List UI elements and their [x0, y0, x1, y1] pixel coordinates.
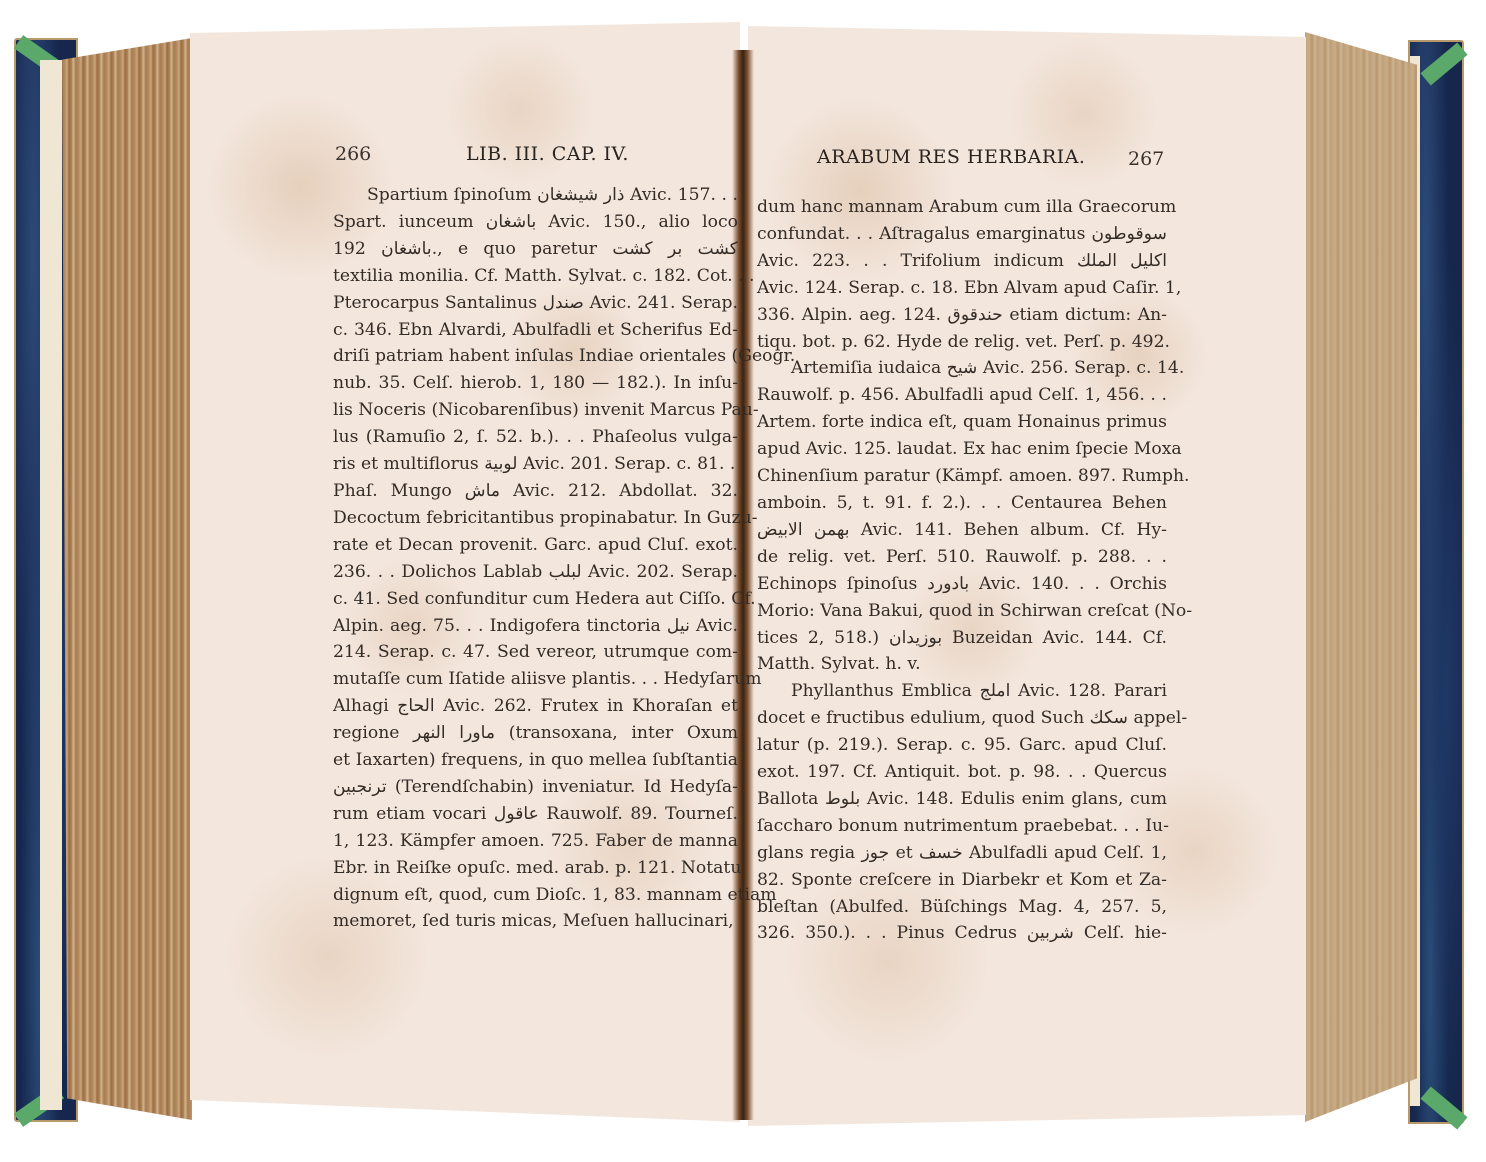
text-line: dum hanc mannam Arabum cum illa Graecoru… — [757, 194, 1167, 221]
text-line: Avic. 223. . . Trifolium indicum اكليل ا… — [757, 248, 1167, 275]
text-line: 82. Sponte creſcere in Diarbekr et Kom e… — [757, 867, 1167, 894]
text-line: Matth. Sylvat. h. v. — [757, 651, 1167, 678]
right-page-body: dum hanc mannam Arabum cum illa Graecoru… — [757, 194, 1167, 947]
text-line: Echinops ſpinoſus بادورد Avic. 140. . . … — [757, 571, 1167, 598]
text-line: Alpin. aeg. 75. . . Indigofera tinctoria… — [333, 613, 738, 640]
right-page-number: 267 — [1128, 148, 1164, 170]
text-line: rum etiam vocari عاقول Rauwolf. 89. Tour… — [333, 801, 738, 828]
text-line: amboin. 5, t. 91. f. 2.). . . Centaurea … — [757, 490, 1167, 517]
text-line: dignum eſt, quod, cum Dioſc. 1, 83. mann… — [333, 882, 738, 909]
text-line: Ebr. in Reiſke opuſc. med. arab. p. 121.… — [333, 855, 738, 882]
text-line: memoret, ſed turis micas, Meſuen halluci… — [333, 908, 738, 935]
text-line: bleſtan (Abulfed. Büſchings Mag. 4, 257.… — [757, 894, 1167, 921]
text-line: et Iaxarten) frequens, in quo mellea ſub… — [333, 747, 738, 774]
text-line: Ballota بلوط Avic. 148. Edulis enim glan… — [757, 786, 1167, 813]
text-line: latur (p. 219.). Serap. c. 95. Garc. apu… — [757, 732, 1167, 759]
text-line: de relig. vet. Perſ. 510. Rauwolf. p. 28… — [757, 544, 1167, 571]
text-line: 214. Serap. c. 47. Sed vereor, utrumque … — [333, 639, 738, 666]
text-line: docet e fructibus edulium, quod Such سكك… — [757, 705, 1167, 732]
text-line: 336. Alpin. aeg. 124. حندقوق etiam dictu… — [757, 302, 1167, 329]
text-line: tiqu. bot. p. 62. Hyde de relig. vet. Pe… — [757, 329, 1167, 356]
text-line: 1, 123. Kämpfer amoen. 725. Faber de man… — [333, 828, 738, 855]
right-page-block-edge — [1305, 32, 1417, 1122]
text-line: Artem. forte indica eſt, quam Honainus p… — [757, 409, 1167, 436]
text-line: 326. 350.). . . Pinus Cedrus شربين Celſ.… — [757, 920, 1167, 947]
left-page-body: Spartium ſpinoſum ذار شيشغان Avic. 157. … — [333, 182, 738, 935]
text-line: apud Avic. 125. laudat. Ex hac enim ſpec… — [757, 436, 1167, 463]
text-line: glans regia جوز et خسف Abulfadli apud Ce… — [757, 840, 1167, 867]
text-line: باشغان 192., e quo paretur كشت بر كشت — [333, 236, 738, 263]
text-line: mutaſſe cum Iſatide aliisve plantis. . .… — [333, 666, 738, 693]
text-line: exot. 197. Cf. Antiquit. bot. p. 98. . .… — [757, 759, 1167, 786]
text-line: Spartium ſpinoſum ذار شيشغان Avic. 157. … — [333, 182, 738, 209]
text-line: Avic. 124. Serap. c. 18. Ebn Alvam apud … — [757, 275, 1167, 302]
text-line: ris et multiflorus لوبية Avic. 201. Sera… — [333, 451, 738, 478]
text-line: driſi patriam habent inſulas Indiae orie… — [333, 343, 738, 370]
text-line: Pterocarpus Santalinus صندل Avic. 241. S… — [333, 290, 738, 317]
text-line: Rauwolf. p. 456. Abulfadli apud Celſ. 1,… — [757, 382, 1167, 409]
text-line: بهمن الابيض Avic. 141. Behen album. Cf. … — [757, 517, 1167, 544]
text-line: 236. . . Dolichos Lablab لبلب Avic. 202.… — [333, 559, 738, 586]
text-line: Phyllanthus Emblica املج Avic. 128. Para… — [757, 678, 1167, 705]
left-flyleaf — [40, 60, 62, 1110]
text-line: ſaccharo bonum nutrimentum praebebat. . … — [757, 813, 1167, 840]
text-line: ترنجبين (Terendſchabin) inveniatur. Id H… — [333, 774, 738, 801]
text-line: lus (Ramuſio 2, ſ. 52. b.). . . Phaſeolu… — [333, 424, 738, 451]
text-line: Chinenſium paratur (Kämpf. amoen. 897. R… — [757, 463, 1167, 490]
right-running-head: ARABUM RES HERBARIA. — [817, 146, 1085, 168]
text-line: tices 2, 518.) بوزيدان Buzeidan Avic. 14… — [757, 625, 1167, 652]
left-running-head: LIB. III. CAP. IV. — [466, 143, 629, 165]
left-page-number: 266 — [335, 143, 371, 165]
text-line: regione ماورا النهر (transoxana, inter O… — [333, 720, 738, 747]
text-line: rate et Decan provenit. Garc. apud Cluſ.… — [333, 532, 738, 559]
text-line: Phaſ. Mungo ماش Avic. 212. Abdollat. 32. — [333, 478, 738, 505]
text-line: Artemiſia iudaica شيح Avic. 256. Serap. … — [757, 355, 1167, 382]
text-line: Alhagi الحاج Avic. 262. Frutex in Khoraſ… — [333, 693, 738, 720]
text-line: Spart. iunceum باشغان Avic. 150., alio l… — [333, 209, 738, 236]
text-line: c. 41. Sed confunditur cum Hedera aut Ci… — [333, 586, 738, 613]
text-line: confundat. . . Aſtragalus emarginatus سو… — [757, 221, 1167, 248]
text-line: c. 346. Ebn Alvardi, Abulfadli et Scheri… — [333, 317, 738, 344]
text-line: Morio: Vana Bakui, quod in Schirwan creſ… — [757, 598, 1167, 625]
text-line: Decoctum febricitantibus propinabatur. I… — [333, 505, 738, 532]
text-line: lis Noceris (Nicobarenſibus) invenit Mar… — [333, 397, 738, 424]
text-line: textilia monilia. Cf. Matth. Sylvat. c. … — [333, 263, 738, 290]
text-line: nub. 35. Celſ. hierob. 1, 180 — 182.). I… — [333, 370, 738, 397]
left-page-block-edge — [62, 38, 192, 1120]
